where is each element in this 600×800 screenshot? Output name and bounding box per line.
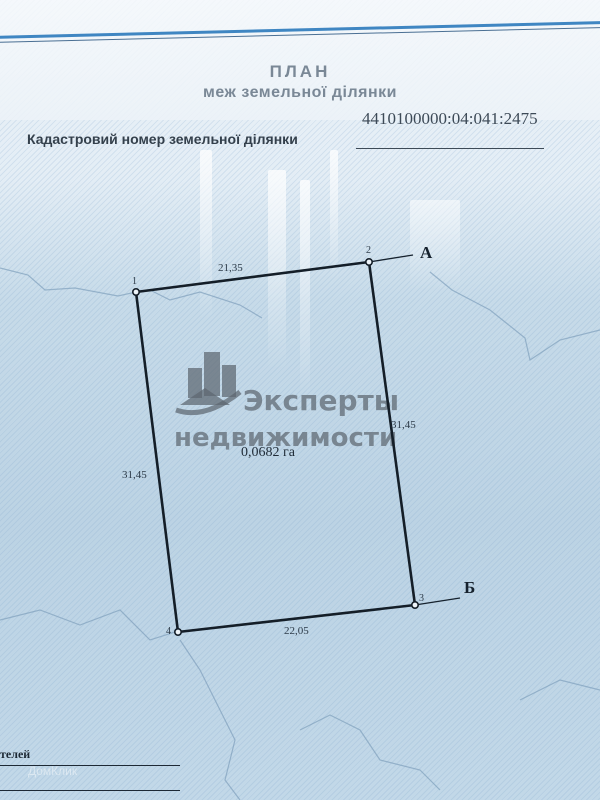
side-4-1-length: 31,45 [122, 469, 147, 481]
watermark-logo: Эксперты недвижимости [174, 352, 399, 453]
vertex-4-label: 4 [166, 626, 171, 637]
direction-marker-a: А [420, 243, 433, 262]
vertex-2-marker [366, 259, 372, 265]
side-1-2-length: 21,35 [218, 262, 243, 274]
land-plot-plan: Эксперты недвижимости 1 2 3 4 21,35 31,4… [0, 0, 600, 800]
vertex-3-marker [412, 602, 418, 608]
direction-line-a [369, 255, 413, 262]
direction-marker-b: Б [464, 578, 475, 597]
parcel-area: 0,0682 га [241, 445, 296, 460]
side-3-4-length: 22,05 [284, 625, 309, 637]
footer-signature-line [0, 765, 180, 766]
vertex-2-label: 2 [366, 245, 371, 256]
footer-label-fragment: телей [0, 747, 30, 762]
side-2-3-length: 31,45 [391, 419, 416, 431]
vertex-1-label: 1 [132, 276, 137, 287]
domclick-watermark: ДомКлик [28, 764, 77, 778]
vertex-4-marker [175, 629, 181, 635]
city-buildings-house-icon [176, 352, 240, 413]
background-guilloche-contours [0, 268, 600, 800]
footer-signature-line [0, 790, 180, 791]
watermark-line1: Эксперты [243, 384, 399, 417]
vertex-1-marker [133, 289, 139, 295]
vertex-3-label: 3 [419, 593, 424, 604]
